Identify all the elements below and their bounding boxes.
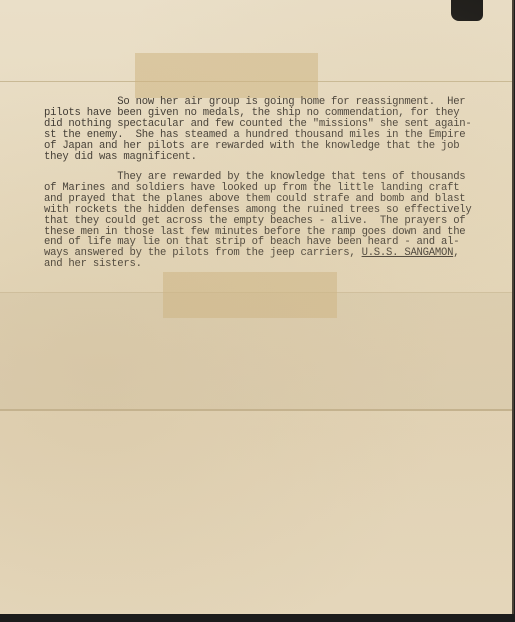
- paragraph-2: They are rewarded by the knowledge that …: [44, 172, 494, 270]
- ship-name: U.S.S. SANGAMON: [362, 247, 454, 259]
- paragraph-1: So now her air group is going home for r…: [44, 97, 494, 162]
- fold-crease-lower: [0, 409, 512, 411]
- tape-strip-top: [135, 53, 318, 98]
- torn-corner-mark: [451, 0, 483, 21]
- typewritten-page: So now her air group is going home for r…: [0, 0, 514, 614]
- comma: ,: [453, 247, 459, 259]
- p2-line-9: and her sisters.: [44, 258, 142, 270]
- p1-line-6: they did was magnificent.: [44, 151, 197, 163]
- tape-strip-middle: [163, 272, 337, 318]
